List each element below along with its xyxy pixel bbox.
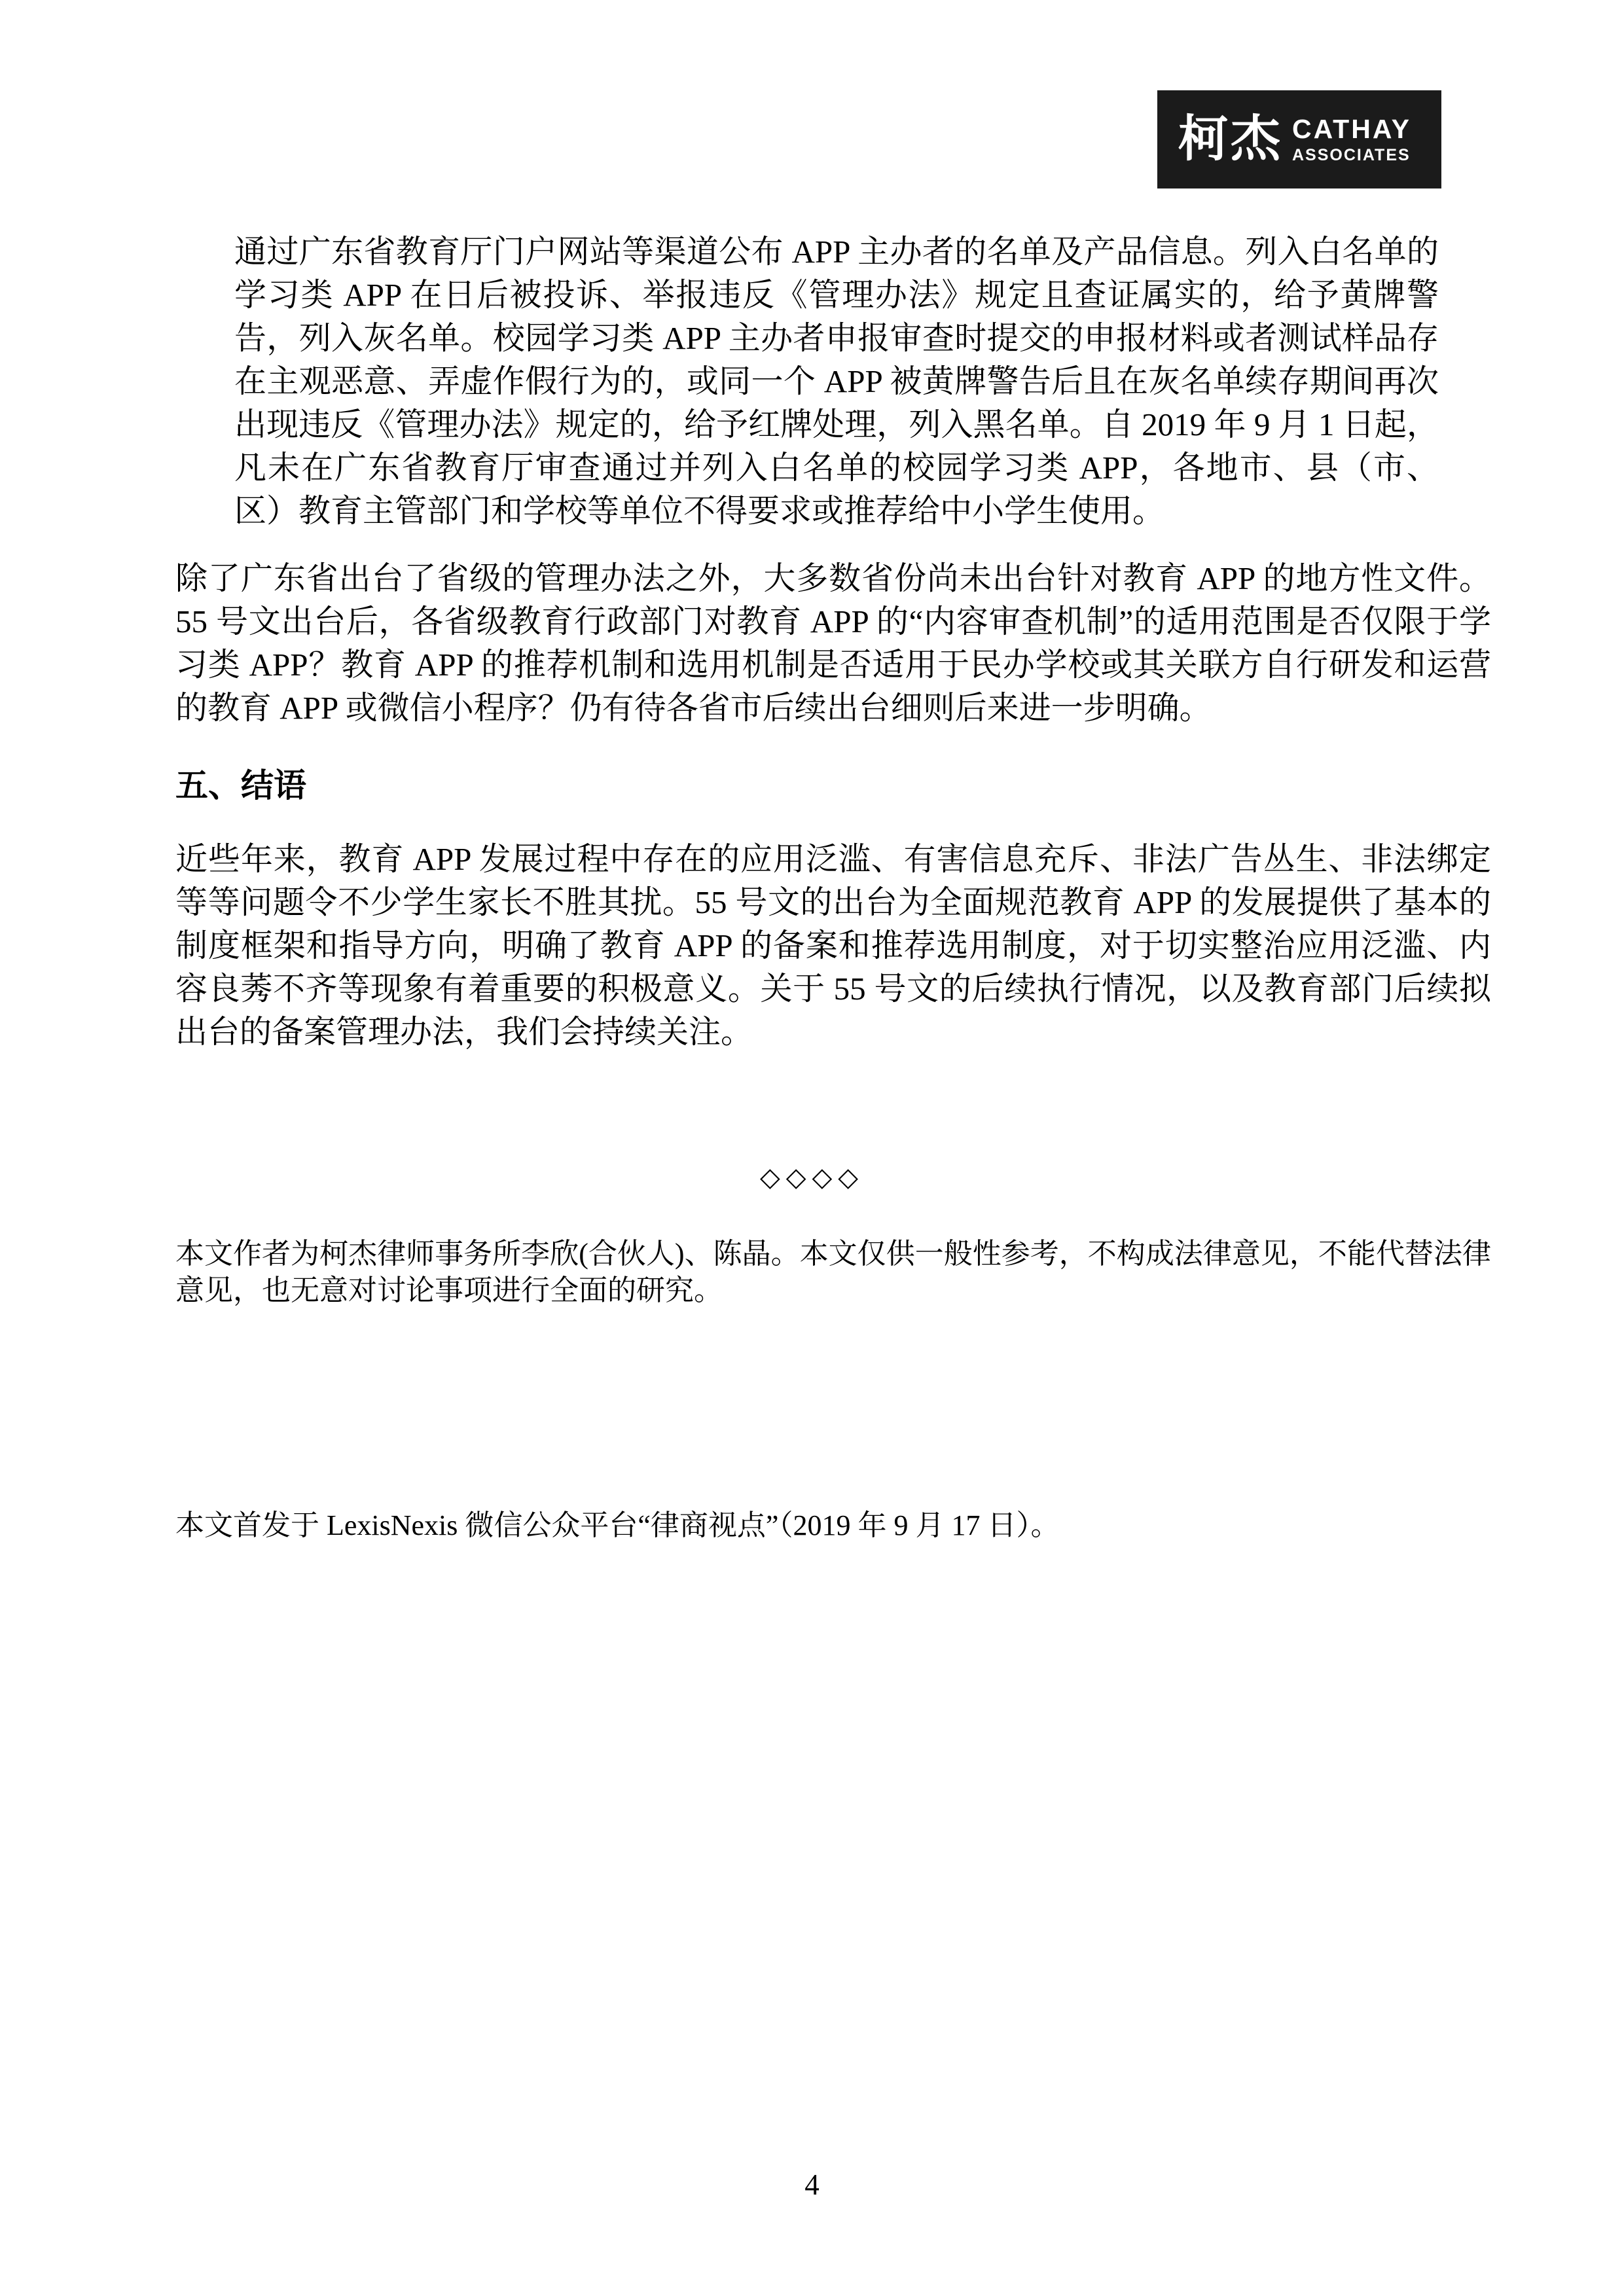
first-published-note: 本文首发于 LexisNexis 微信公众平台“律商视点”（2019 年 9 月… bbox=[175, 1507, 1491, 1544]
logo-chinese-wordmark: 柯杰 bbox=[1178, 115, 1283, 164]
logo-english-wordmark: CATHAY ASSOCIATES bbox=[1292, 116, 1411, 164]
document-page: 柯杰 CATHAY ASSOCIATES 通过广东省教育厅门户网站等渠道公布 A… bbox=[0, 0, 1624, 2296]
author-disclaimer: 本文作者为柯杰律师事务所李欣(合伙人)、陈晶。本文仅供一般性参考，不构成法律意见… bbox=[175, 1236, 1491, 1309]
body-paragraph-provincial-rules: 除了广东省出台了省级的管理办法之外，大多数省份尚未出台针对教育 APP 的地方性… bbox=[175, 557, 1491, 730]
logo-associates-text: ASSOCIATES bbox=[1292, 147, 1411, 164]
section-heading-conclusion: 五、结语 bbox=[175, 764, 306, 807]
diamond-divider: ◇◇◇◇ bbox=[0, 1156, 1624, 1199]
page-number: 4 bbox=[0, 2166, 1624, 2203]
cathay-associates-logo: 柯杰 CATHAY ASSOCIATES bbox=[1157, 90, 1441, 188]
logo-cathay-text: CATHAY bbox=[1292, 116, 1411, 143]
indented-quote-paragraph: 通过广东省教育厅门户网站等渠道公布 APP 主办者的名单及产品信息。列入白名单的… bbox=[234, 230, 1439, 533]
body-paragraph-conclusion: 近些年来，教育 APP 发展过程中存在的应用泛滥、有害信息充斥、非法广告丛生、非… bbox=[175, 838, 1491, 1054]
